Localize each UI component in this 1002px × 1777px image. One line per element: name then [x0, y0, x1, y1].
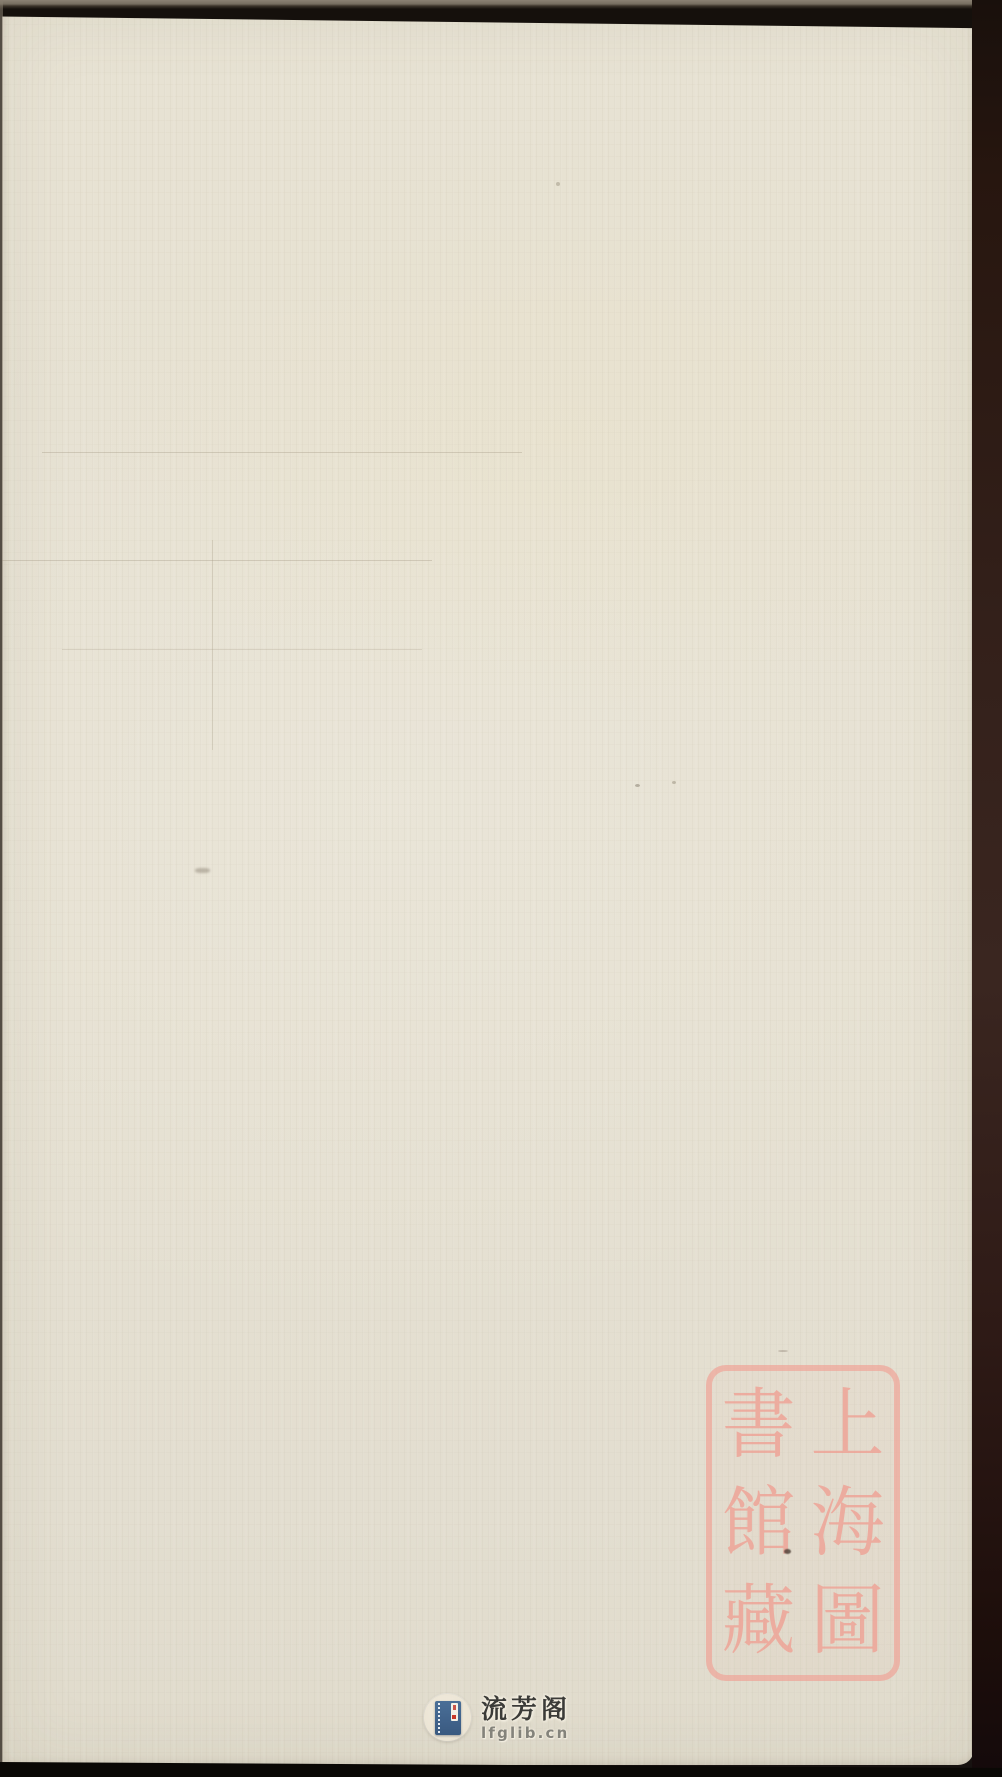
- ink-speck: [784, 1549, 791, 1554]
- paper-smudge: [195, 868, 210, 873]
- paper-speck: [556, 182, 560, 186]
- paper-speck: [635, 784, 640, 787]
- book-icon: [435, 1701, 461, 1735]
- seal-character: 書: [722, 1375, 796, 1475]
- paper-speck: [672, 781, 676, 784]
- book-page-scan: 上 海 圖 書 館 藏 流芳阁 lfglib.cn: [0, 0, 1002, 1777]
- paper-speck: [778, 1350, 788, 1352]
- book-stitch-binding: [438, 1703, 440, 1733]
- scan-edge-left: [0, 0, 3, 1777]
- seal-character: 海: [811, 1473, 885, 1573]
- seal-column-right: 上 海 圖: [803, 1377, 892, 1669]
- paper-crease: [42, 452, 522, 453]
- watermark-site-name: 流芳阁: [481, 1695, 571, 1725]
- seal-character: 藏: [722, 1571, 796, 1671]
- paper-crease: [62, 649, 422, 650]
- book-title-label: [451, 1703, 458, 1721]
- book-label-text-mark: [453, 1705, 456, 1710]
- seal-character: 圖: [811, 1571, 885, 1671]
- scan-edge-right: [972, 0, 1002, 1777]
- paper-fold-line: [212, 540, 213, 750]
- library-collection-seal: 上 海 圖 書 館 藏: [706, 1365, 900, 1681]
- seal-column-left: 書 館 藏: [714, 1377, 803, 1669]
- paper-crease: [2, 560, 432, 561]
- watermark-badge: [424, 1694, 471, 1741]
- watermark-site-url: lfglib.cn: [481, 1725, 571, 1741]
- lfglib-watermark: 流芳阁 lfglib.cn: [424, 1694, 571, 1741]
- seal-character: 上: [811, 1375, 885, 1475]
- watermark-text-block: 流芳阁 lfglib.cn: [481, 1695, 571, 1741]
- book-label-seal-mark: [452, 1715, 456, 1719]
- seal-character: 館: [722, 1473, 796, 1573]
